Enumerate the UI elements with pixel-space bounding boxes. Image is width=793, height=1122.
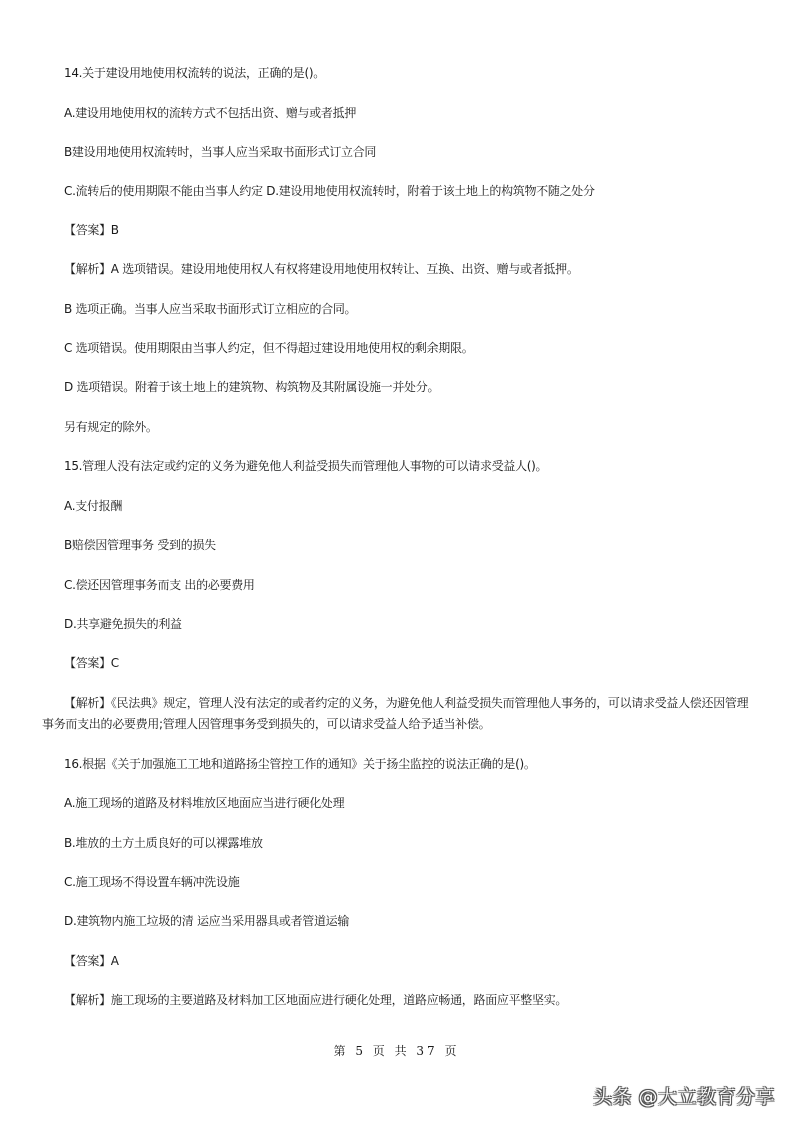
question-14-analysis-d: D 选项错误。附着于该土地上的建筑物、构筑物及其附属设施一并处分。: [64, 379, 439, 395]
question-15-option-c: C.偿还因管理事务而支 出的必要费用: [64, 577, 255, 593]
question-15-stem: 15.管理人没有法定或约定的义务为避免他人利益受损失而管理他人事物的可以请求受益…: [64, 458, 547, 474]
question-14-analysis-note: 另有规定的除外。: [64, 419, 158, 435]
question-16-option-a: A.施工现场的道路及材料堆放区地面应当进行硬化处理: [64, 795, 344, 811]
page-number: 第 5 页 共 37 页: [0, 1042, 793, 1059]
question-14-analysis-a: 【解析】A 选项错误。建设用地使用权人有权将建设用地使用权转让、互换、出资、赠与…: [64, 261, 579, 277]
question-15-option-a: A.支付报酬: [64, 498, 122, 514]
watermark: 头条 @大立教育分享: [593, 1082, 775, 1109]
question-14-option-b: B建设用地使用权流转时，当事人应当采取书面形式订立合同: [64, 144, 376, 160]
question-14-option-c-d: C.流转后的使用期限不能由当事人约定 D.建设用地使用权流转时，附着于该土地上的…: [64, 183, 595, 199]
question-16-stem: 16.根据《关于加强施工工地和道路扬尘管控工作的通知》关于扬尘监控的说法正确的是…: [64, 756, 536, 772]
question-14-option-a: A.建设用地使用权的流转方式不包括出资、赠与或者抵押: [64, 105, 356, 121]
question-15-option-b: B赔偿因管理事务 受到的损失: [64, 537, 216, 553]
question-15-option-d: D.共享避免损失的利益: [64, 616, 182, 632]
question-14-stem: 14.关于建设用地使用权流转的说法，正确的是()。: [64, 65, 325, 81]
question-16-option-d: D.建筑物内施工垃圾的清 运应当采用器具或者管道运输: [64, 913, 349, 929]
question-15-analysis: 【解析】《民法典》规定，管理人没有法定的或者约定的义务，为避免他人利益受损失而管…: [42, 693, 754, 735]
question-16-option-b: B.堆放的土方土质良好的可以裸露堆放: [64, 835, 263, 851]
question-14-analysis-c: C 选项错误。使用期限由当事人约定，但不得超过建设用地使用权的剩余期限。: [64, 340, 473, 356]
question-16-analysis: 【解析】施工现场的主要道路及材料加工区地面应进行硬化处理，道路应畅通，路面应平整…: [64, 992, 567, 1008]
question-16-answer: 【答案】A: [64, 953, 119, 969]
document-page: 14.关于建设用地使用权流转的说法，正确的是()。 A.建设用地使用权的流转方式…: [0, 0, 793, 1122]
question-14-analysis-b: B 选项正确。当事人应当采取书面形式订立相应的合同。: [64, 301, 356, 317]
question-14-answer: 【答案】B: [64, 222, 119, 238]
question-16-option-c: C.施工现场不得设置车辆冲洗设施: [64, 874, 239, 890]
question-15-answer: 【答案】C: [64, 655, 119, 671]
